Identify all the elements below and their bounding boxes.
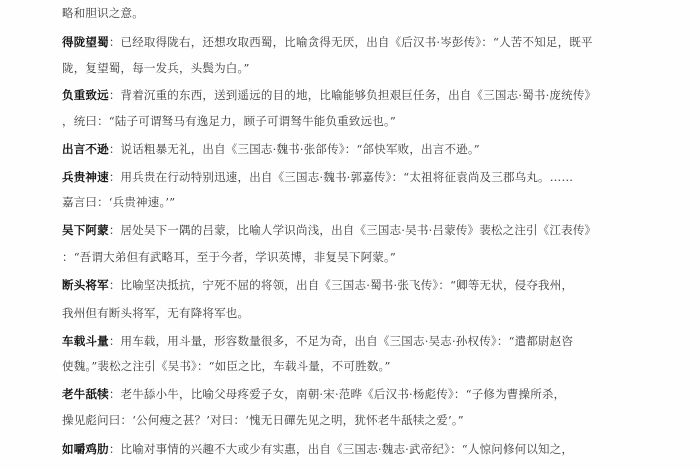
text-line: 吴下阿蒙：居处吴下一隅的吕蒙，比喻人学识尚浅，出自《三国志·吴书·吕蒙传》裴松之… <box>62 223 652 237</box>
idiom-term: 断头将军 <box>62 278 109 292</box>
text-line: 出言不逊：说话粗暴无礼，出自《三国志·魏书·张郃传》：“郃快军败，出言不逊。” <box>62 142 652 156</box>
idiom-definition: ：“吾谓大弟但有武略耳，至于今者，学识英博，非复吴下阿蒙。” <box>62 250 396 264</box>
idiom-definition: ：居处吴下一隅的吕蒙，比喻人学识尚浅，出自《三国志·吴书·吕蒙传》裴松之注引《江… <box>109 223 596 237</box>
idiom-definition: 使魏。”裴松之注引《吴书》：“如臣之比，车载斗量，不可胜数。” <box>62 359 391 373</box>
text-line: 陇，复望蜀，每一发兵，头鬓为白。” <box>62 61 652 75</box>
text-line: 嘉言曰：‘兵贵神速。’” <box>62 195 652 209</box>
idiom-term: 车载斗量 <box>62 334 109 348</box>
idiom-term: 如嚼鸡肋 <box>62 442 109 456</box>
idiom-definition: 嘉言曰：‘兵贵神速。’” <box>62 195 175 209</box>
document-page: 略和胆识之意。 得陇望蜀：已经取得陇右，还想攻取西蜀，比喻贪得无厌，出自《后汉书… <box>0 0 700 470</box>
idiom-term: 吴下阿蒙 <box>62 223 109 237</box>
idiom-definition: ：用兵贵在行动特别迅速，出自《三国志·魏书·郭嘉传》：“太祖将征袁尚及三郡乌丸。… <box>109 170 573 184</box>
idiom-definition: ：用车载，用斗量，形容数量很多，不足为奇，出自《三国志·吴志·孙权传》：“遣都尉… <box>109 334 573 348</box>
idiom-definition: 我州但有断头将军，无有降将军也。 <box>62 306 249 320</box>
idiom-definition: 陇，复望蜀，每一发兵，头鬓为白。” <box>62 61 250 75</box>
idiom-definition: ：已经取得陇右，还想攻取西蜀，比喻贪得无厌，出自《后汉书·岑彭传》：“人苦不知足… <box>109 35 593 49</box>
text-line: 略和胆识之意。 <box>62 6 652 20</box>
idiom-term: 负重致远 <box>62 88 109 102</box>
text-line: 操见彪问曰：‘公何瘦之甚？’对曰：‘愧无日磾先见之明，犹怀老牛舐犊之爱’。” <box>62 413 652 427</box>
idiom-term: 出言不逊 <box>62 142 109 156</box>
text-line: 老牛舐犊：老牛舔小牛，比喻父母疼爱子女，南朝·宋·范晔《后汉书·杨彪传》：“子修… <box>62 387 652 401</box>
idiom-definition: ：比喻坚决抵抗，宁死不屈的将领，出自《三国志·蜀书·张飞传》：“卿等无状，侵夺我… <box>109 278 573 292</box>
text-line: 兵贵神速：用兵贵在行动特别迅速，出自《三国志·魏书·郭嘉传》：“太祖将征袁尚及三… <box>62 170 652 184</box>
idiom-definition: ：背着沉重的东西，送到遥远的目的地，比喻能够负担艰巨任务，出自《三国志·蜀书·庞… <box>109 88 596 102</box>
idiom-definition: ：比喻对事情的兴趣不大或少有实惠，出自《三国志·魏志·武帝纪》：“人惊问修何以知… <box>109 442 573 456</box>
idiom-term: 得陇望蜀 <box>62 35 109 49</box>
text-line: 断头将军：比喻坚决抵抗，宁死不屈的将领，出自《三国志·蜀书·张飞传》：“卿等无状… <box>62 278 652 292</box>
idiom-definition: 操见彪问曰：‘公何瘦之甚？’对曰：‘愧无日磾先见之明，犹怀老牛舐犊之爱’。” <box>62 413 464 427</box>
text-line: 如嚼鸡肋：比喻对事情的兴趣不大或少有实惠，出自《三国志·魏志·武帝纪》：“人惊问… <box>62 442 652 456</box>
idiom-definition: 略和胆识之意。 <box>62 6 144 20</box>
idiom-term: 兵贵神速 <box>62 170 109 184</box>
idiom-definition: ：说话粗暴无礼，出自《三国志·魏书·张郃传》：“郃快军败，出言不逊。” <box>109 142 480 156</box>
text-line: ：“吾谓大弟但有武略耳，至于今者，学识英博，非复吴下阿蒙。” <box>62 250 652 264</box>
idiom-term: 老牛舐犊 <box>62 387 109 401</box>
text-line: 得陇望蜀：已经取得陇右，还想攻取西蜀，比喻贪得无厌，出自《后汉书·岑彭传》：“人… <box>62 35 652 49</box>
text-line: ，统曰：“陆子可谓驽马有逸足力，顾子可谓驽牛能负重致远也。” <box>62 114 652 128</box>
idiom-definition: ：老牛舔小牛，比喻父母疼爱子女，南朝·宋·范晔《后汉书·杨彪传》：“子修为曹操所… <box>109 387 566 401</box>
text-line: 车载斗量：用车载，用斗量，形容数量很多，不足为奇，出自《三国志·吴志·孙权传》：… <box>62 334 652 348</box>
text-line: 我州但有断头将军，无有降将军也。 <box>62 306 652 320</box>
text-line: 负重致远：背着沉重的东西，送到遥远的目的地，比喻能够负担艰巨任务，出自《三国志·… <box>62 88 652 102</box>
text-line: 使魏。”裴松之注引《吴书》：“如臣之比，车载斗量，不可胜数。” <box>62 359 652 373</box>
idiom-definition: ，统曰：“陆子可谓驽马有逸足力，顾子可谓驽牛能负重致远也。” <box>62 114 396 128</box>
